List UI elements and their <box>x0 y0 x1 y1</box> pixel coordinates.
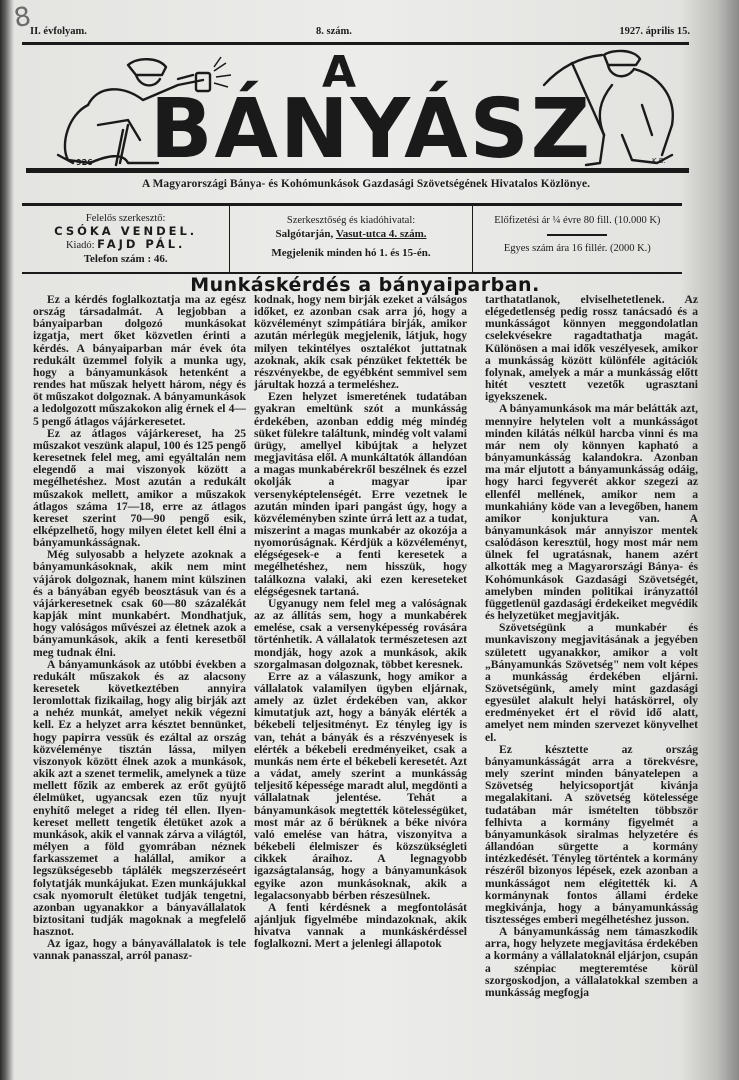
issue-date: 1927. április 15. <box>619 26 690 37</box>
office-label: Szerkesztőség és kiadóhivatal: <box>230 214 471 227</box>
masthead: 926 A BÁNYÁSZ K.B. <box>22 45 689 170</box>
masthead-subtitle: A Magyarországi Bánya- és Kohómunkások G… <box>56 178 676 190</box>
paragraph: Még sulyosabb a helyzete azoknak a bánya… <box>33 549 246 658</box>
kneeling-miner-pickaxe-illustration-icon: K.B. <box>542 45 692 169</box>
publication-info-box: Felelős szerkesztő: CSÓKA VENDEL. Kiadó:… <box>22 203 682 274</box>
paragraph: A bányamunkások az utóbbi években a redu… <box>33 659 246 939</box>
paragraph: Ez a kérdés foglalkoztatja ma az egész o… <box>33 294 246 428</box>
office-street: Vasut-utca 4. szám. <box>336 228 427 240</box>
phone-number: Telefon szám : 46. <box>22 252 229 266</box>
issue-number: 8. szám. <box>316 26 352 37</box>
subscription-price: Előfizetési ár ¼ évre 80 fill. (10.000 K… <box>473 214 682 227</box>
masthead-title: BÁNYÁSZ <box>150 85 570 175</box>
paragraph: Ez késztette az ország bányamunkásságát … <box>485 744 698 926</box>
office-info: Szerkesztőség és kiadóhivatal: Salgótarj… <box>230 206 472 272</box>
article-column-3: tarthatatlanok, elviselhetetlenek. Az el… <box>485 294 698 999</box>
paragraph: Ez az átlagos vájárkereset, ha 25 műszak… <box>33 428 246 550</box>
paragraph: Az igaz, hogy a bányavállalatok is tele … <box>33 938 246 962</box>
paragraph: Szövetségünk a munkabér és munkaviszony … <box>485 622 698 744</box>
paragraph: tarthatatlanok, elviselhetetlenek. Az el… <box>485 294 698 403</box>
paragraph: kodnak, hogy nem birják ezeket a válságo… <box>254 294 467 391</box>
volume-label: II. évfolyam. <box>30 26 87 37</box>
paragraph: A fenti kérdésnek a megfontolását ajánlj… <box>254 902 467 951</box>
price-divider <box>547 234 607 236</box>
single-issue-price: Egyes szám ára 16 fillér. (2000 K.) <box>473 242 682 255</box>
article-column-2: kodnak, hogy nem birják ezeket a válságo… <box>254 294 467 950</box>
newspaper-page: 8 II. évfolyam. 8. szám. 1927. április 1… <box>0 0 739 1080</box>
office-city: Salgótarján, <box>276 228 334 240</box>
publisher-name: FAJD PÁL. <box>97 237 185 251</box>
right-illustration-signature: K.B. <box>652 157 666 165</box>
publication-schedule: Megjelenik minden hó 1. és 15-én. <box>230 246 471 260</box>
article-column-1: Ez a kérdés foglalkoztatja ma az egész o… <box>33 294 246 963</box>
price-info: Előfizetési ár ¼ évre 80 fill. (10.000 K… <box>473 206 682 272</box>
paragraph: Ugyanugy nem felel meg a valóságnak az a… <box>254 598 467 671</box>
left-illustration-signature: 926 <box>76 158 93 167</box>
paragraph: Ezen helyzet ismeretének tudatában gyakr… <box>254 391 467 598</box>
paragraph: A bányamunkások ma már belátták azt, men… <box>485 403 698 622</box>
paragraph: Erre az a válaszunk, hogy amikor a válla… <box>254 671 467 902</box>
masthead-rule <box>26 168 689 173</box>
publisher-label: Kiadó: <box>66 240 95 251</box>
editor-info: Felelős szerkesztő: CSÓKA VENDEL. Kiadó:… <box>22 206 230 272</box>
paragraph: A bányamunkásság nem támaszkodik arra, h… <box>485 926 698 999</box>
